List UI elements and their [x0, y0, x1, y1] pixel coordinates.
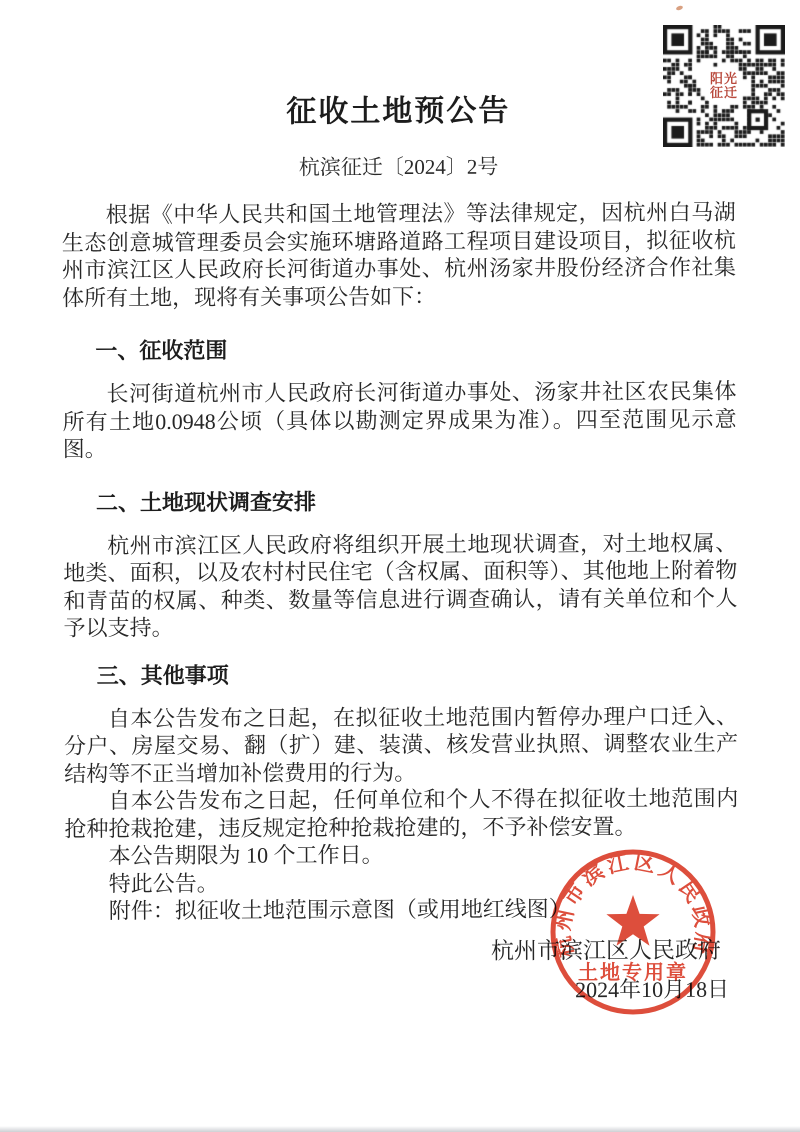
section3-heading: 三、其他事项 [64, 659, 738, 689]
section1-paragraph: 长河街道杭州市人民政府长河街道办事处、汤家井社区农民集体所有土地0.0948公顷… [62, 378, 736, 463]
intro-paragraph: 根据《中华人民共和国土地管理法》等法律规定，因杭州白马湖生态创意城管理委员会实施… [62, 199, 736, 312]
section2-paragraph: 杭州市滨江区人民政府将组织开展土地现状调查，对土地权属、地类、面积，以及农村村民… [63, 529, 737, 642]
seal-star-icon [606, 895, 659, 946]
section1-heading: 一、征收范围 [62, 335, 736, 365]
section3-paragraph-2: 自本公告发布之日起，任何单位和个人不得在拟征收土地范围内抢种抢栽抢建，违反规定抢… [64, 785, 738, 843]
section3-paragraph-1: 自本公告发布之日起，在拟征收土地范围内暂停办理户口迁入、分户、房屋交易、翻（扩）… [64, 702, 738, 787]
page-bottom-edge [0, 1126, 800, 1132]
document-number: 杭滨征迁〔2024〕2号 [61, 153, 735, 182]
seal-center-label: 土地专用章 [578, 960, 688, 984]
page-title: 征收土地预公告 [61, 93, 735, 132]
official-seal: 杭州市滨江区人民政府 土地专用章 [548, 847, 718, 1017]
section2-heading: 二、土地现状调查安排 [63, 486, 737, 516]
document-page: 阳光 征迁 征收土地预公告 杭滨征迁〔2024〕2号 根据《中华人民共和国土地管… [0, 0, 800, 1132]
